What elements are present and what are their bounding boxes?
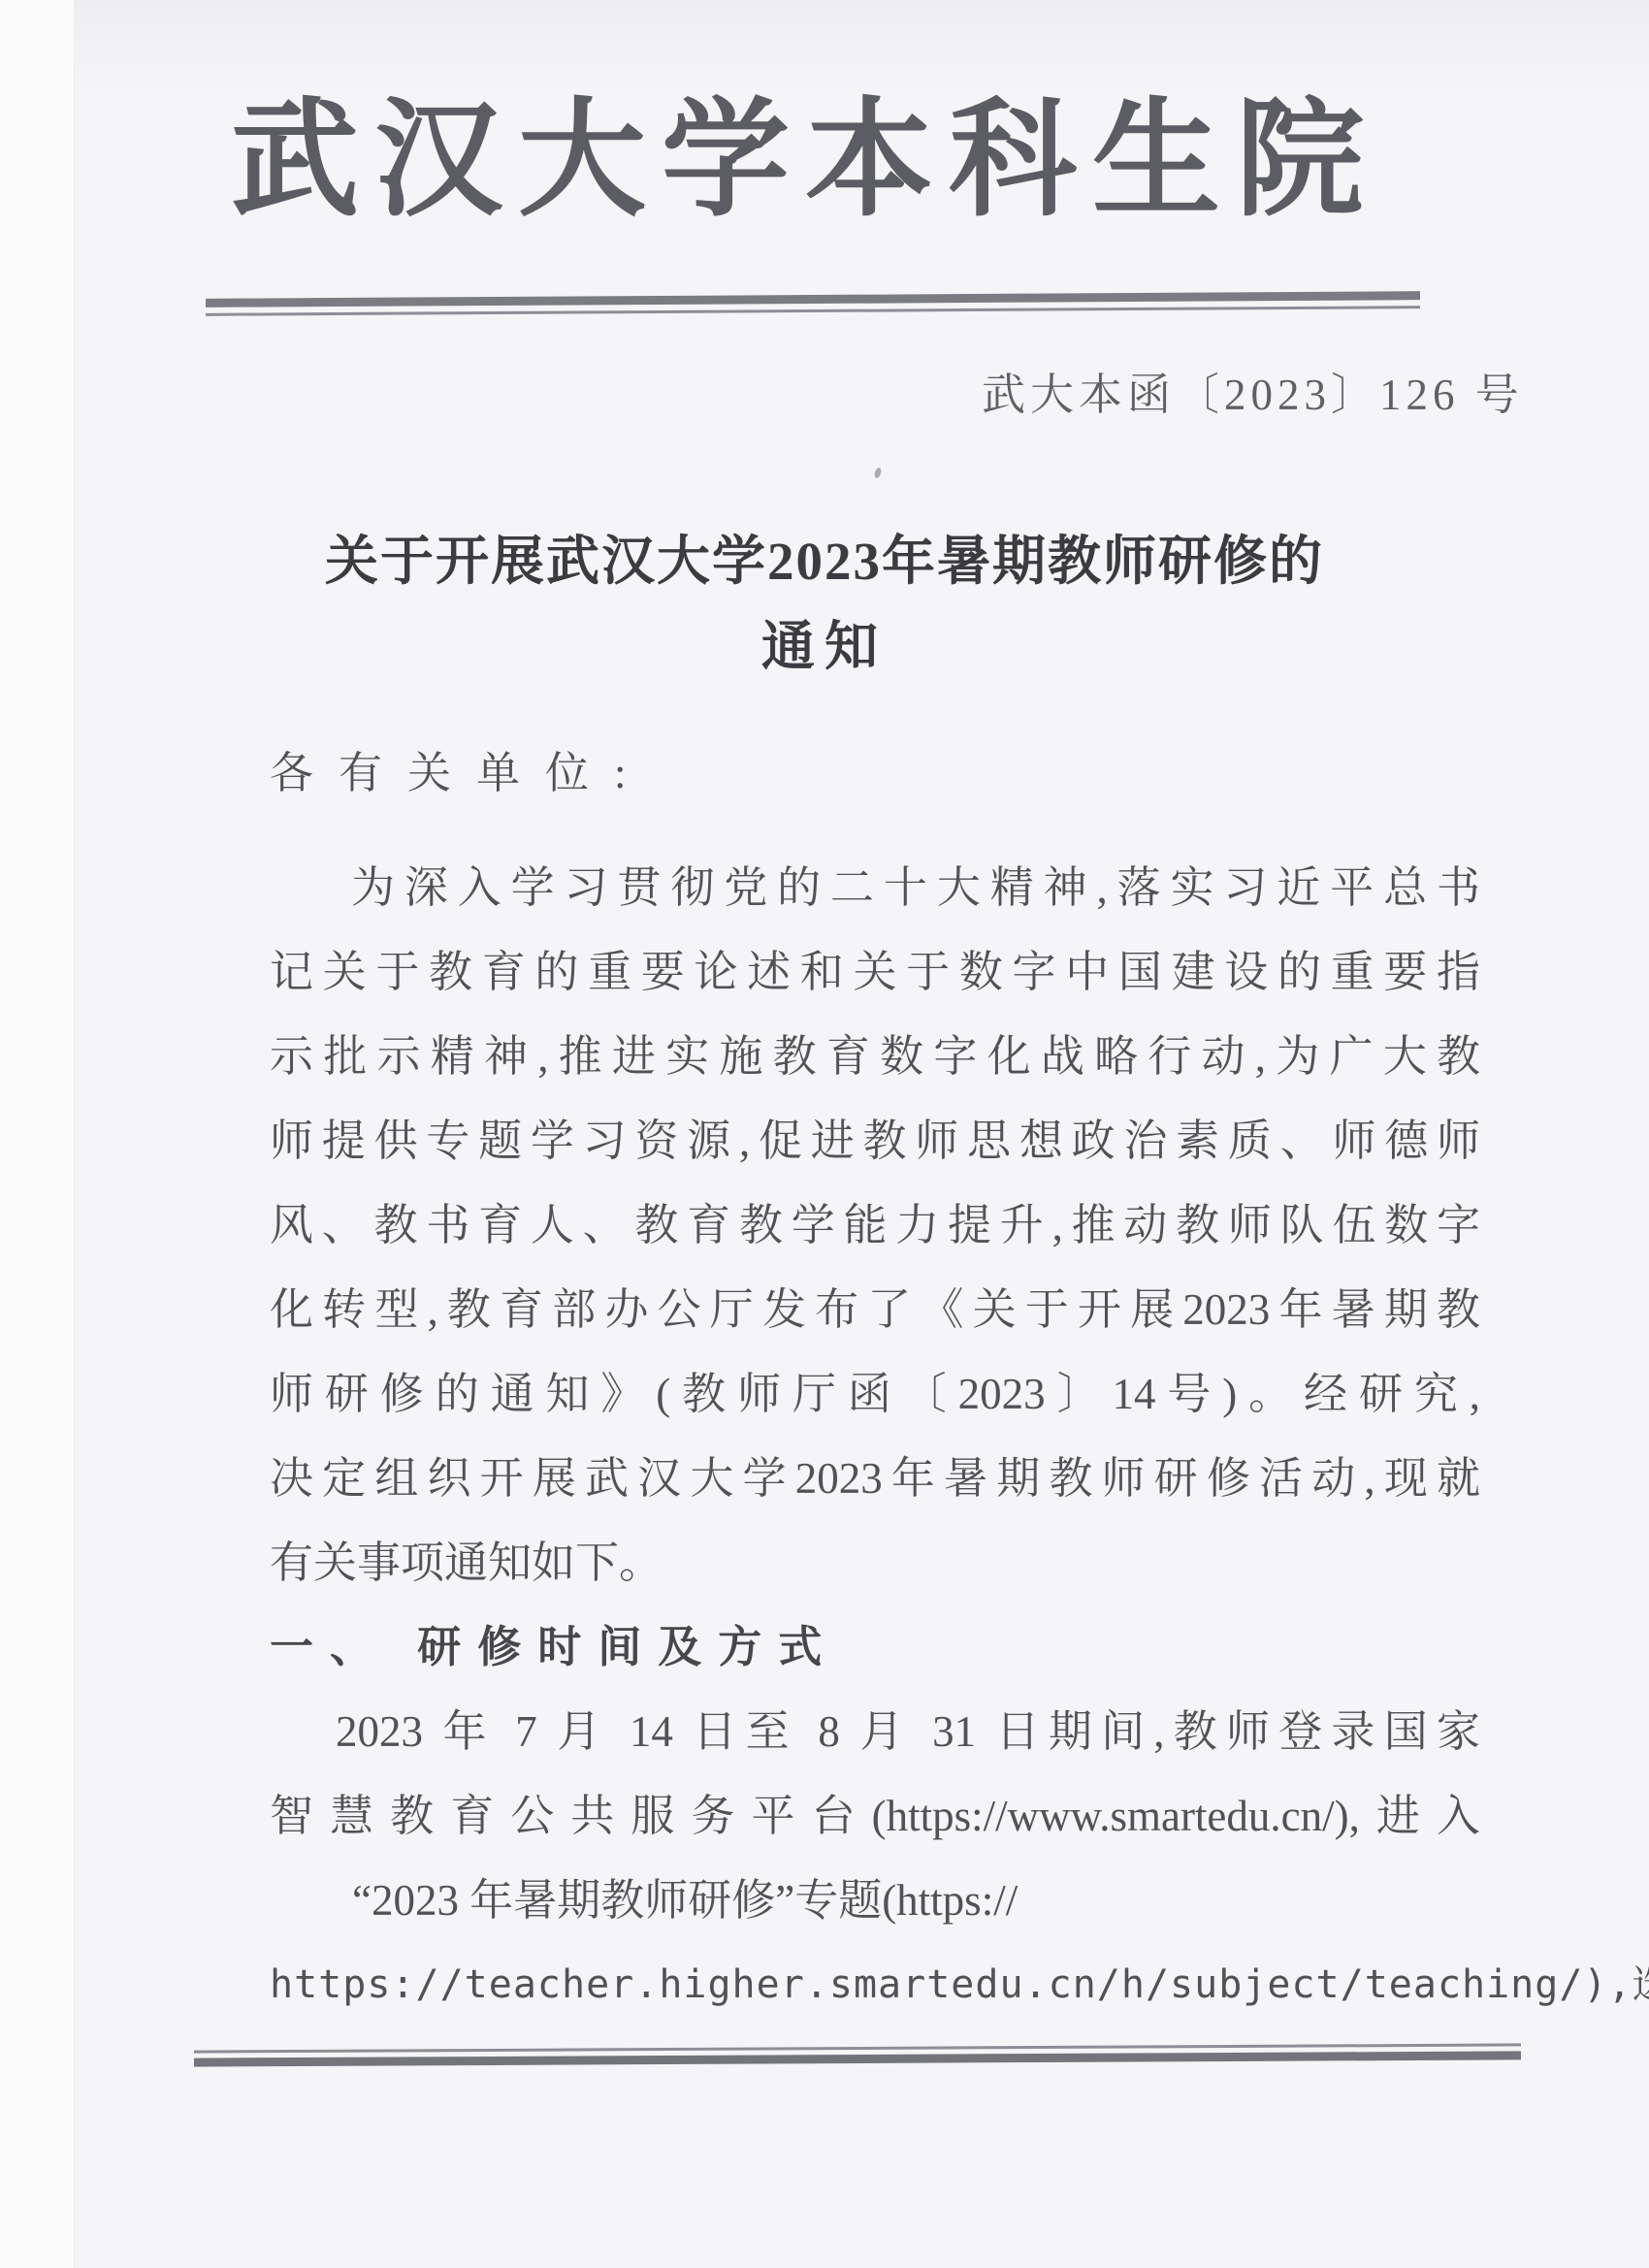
document-number: 武大本函〔2023〕126 号: [982, 359, 1524, 422]
body-line-13: “2023 年暑期教师研修”专题(https://: [270, 1859, 1480, 1943]
body-line-2: 记关于教育的重要论述和关于数字中国建设的重要指: [270, 930, 1480, 1015]
header-rule-thin: [206, 306, 1420, 316]
body-line-1: 为深入学习贯彻党的二十大精神,落实习近平总书: [270, 846, 1480, 930]
scan-ink-speck: [873, 467, 882, 478]
body-line-4: 师提供专题学习资源,促进教师思想政治素质、师德师: [270, 1099, 1480, 1183]
body-line-11: 2023 年 7 月 14 日至 8 月 31 日期间,教师登录国家: [270, 1690, 1480, 1774]
body-line-3: 示批示精神,推进实施教育数字化战略行动,为广大教: [270, 1015, 1480, 1099]
body-line-5: 风、教书育人、教育教学能力提升,推动教师队伍数字: [270, 1183, 1480, 1268]
body-line-12: 智慧教育公共服务平台(https://www.smartedu.cn/),进入: [270, 1774, 1480, 1859]
body-line-8: 决定组织开展武汉大学2023年暑期教师研修活动,现就: [270, 1437, 1480, 1521]
body-line-7: 师研修的通知》(教师厅函〔2023〕14号)。经研究,: [270, 1352, 1480, 1437]
body-line-14-url: https://teacher.higher.smartedu.cn/h/sub…: [270, 1943, 1480, 2027]
body-line-9: 有关事项通知如下。: [270, 1521, 1480, 1605]
notice-title-line-2: 通知: [0, 603, 1649, 680]
salutation: 各有关单位:: [270, 737, 652, 800]
body-line-6: 化转型,教育部办公厅发布了《关于开展2023年暑期教: [270, 1268, 1480, 1352]
notice-title-line-1: 关于开展武汉大学2023年暑期教师研修的: [0, 518, 1649, 595]
header-rule-thick: [206, 291, 1420, 308]
scan-edge-band: [0, 0, 75, 2268]
section-heading-1: 一、 研修时间及方式: [270, 1605, 1480, 1690]
organization-header: 武汉大学本科生院: [0, 56, 1610, 241]
scanned-notice-page: 武汉大学本科生院 武大本函〔2023〕126 号 关于开展武汉大学2023年暑期…: [0, 0, 1649, 2268]
footer-rule-thick: [194, 2051, 1521, 2066]
body-text-block: 为深入学习贯彻党的二十大精神,落实习近平总书 记关于教育的重要论述和关于数字中国…: [270, 846, 1480, 2027]
